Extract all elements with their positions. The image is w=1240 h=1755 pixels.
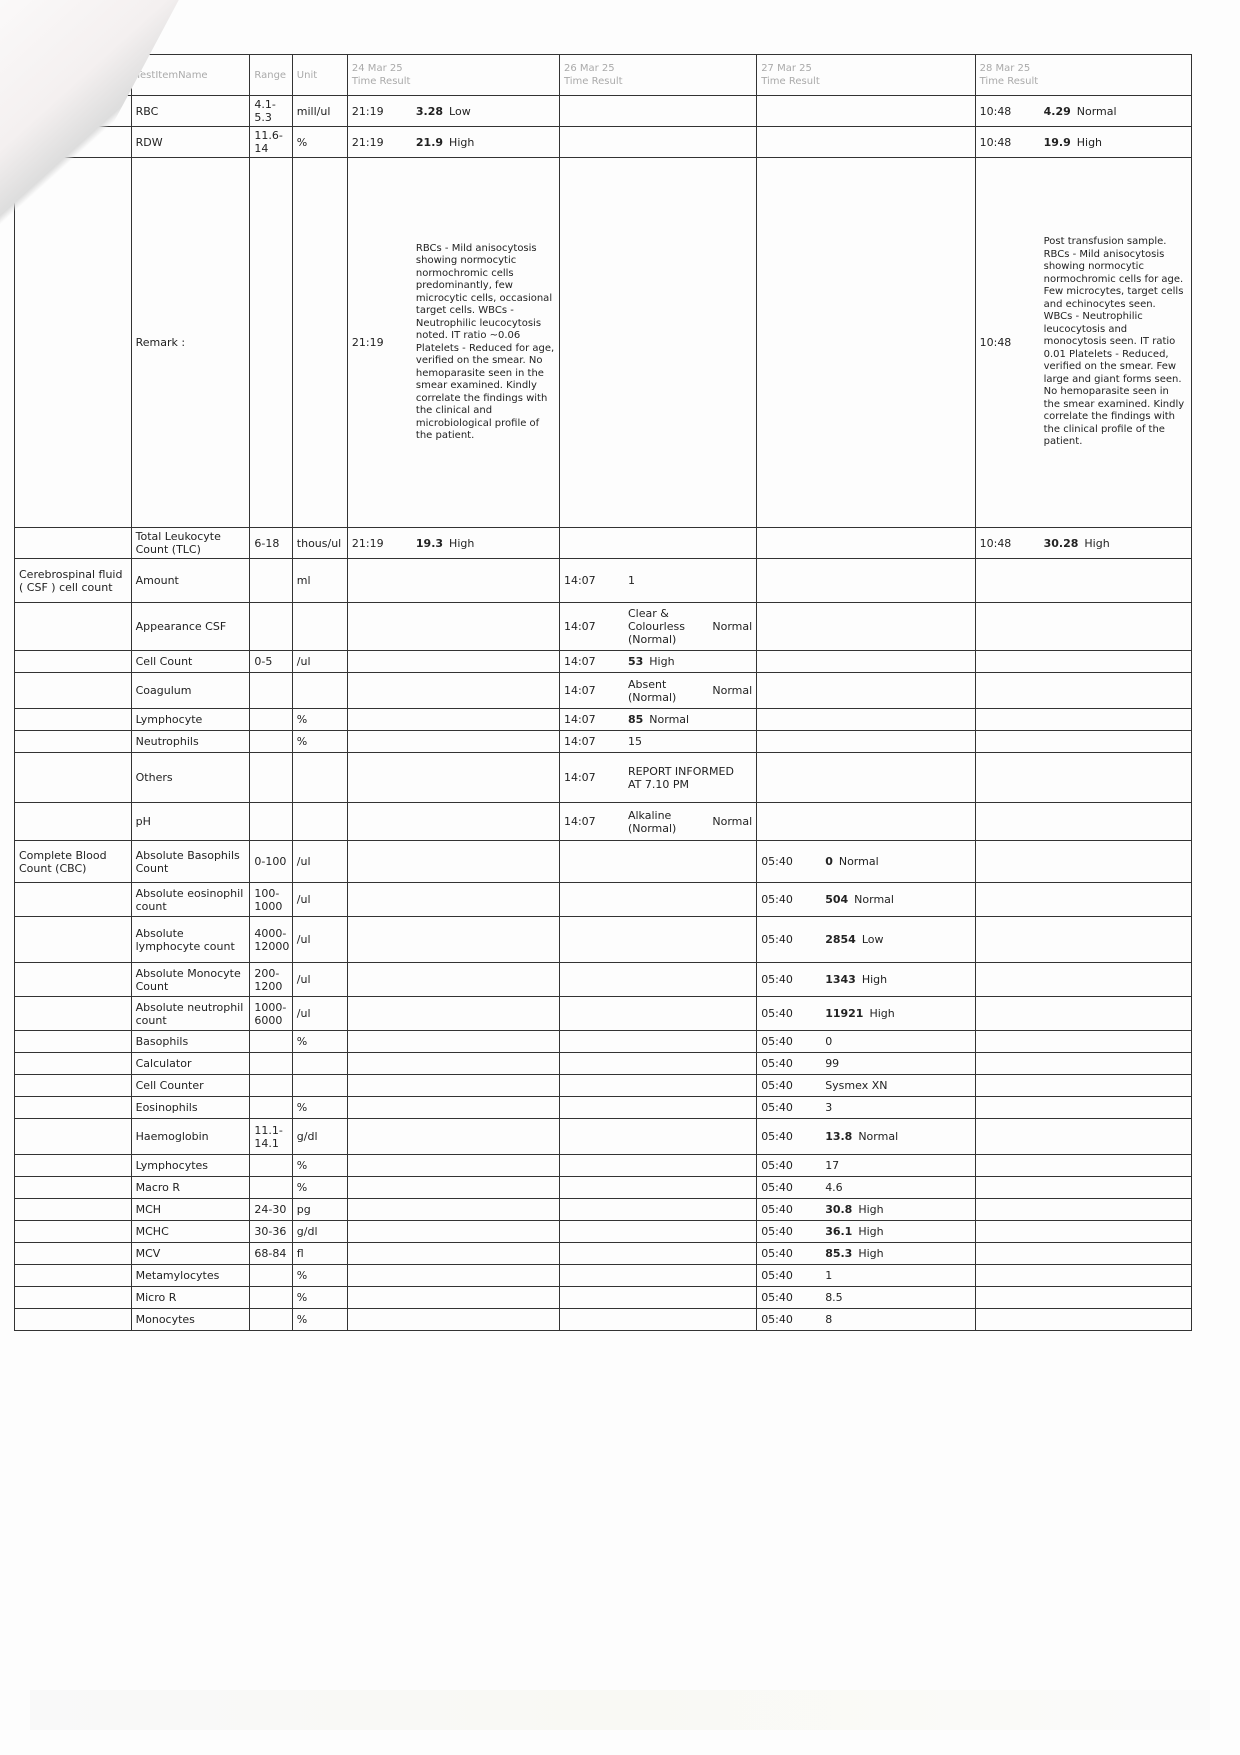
result-cell-date-4 [975, 883, 1191, 917]
reference-range [250, 1309, 292, 1331]
result-value: 21.9 [416, 136, 443, 149]
result-time: 10:48 [980, 105, 1044, 118]
result-cell-date-1 [347, 1243, 559, 1265]
result-entry: 05:4085.3High [761, 1247, 970, 1260]
result-entry: 05:408.5 [761, 1291, 970, 1304]
result-cell-date-3: 05:403 [757, 1097, 975, 1119]
unit: thous/ul [292, 528, 347, 559]
result-time: 05:40 [761, 1247, 825, 1260]
result-cell-date-2: 14:07REPORT INFORMED AT 7.10 PM [559, 753, 756, 803]
result-time: 05:40 [761, 893, 825, 906]
table-row: MCHC30-36g/dl05:4036.1High [15, 1221, 1192, 1243]
result-entry: 14:0753High [564, 655, 752, 668]
result-cell-date-1 [347, 1199, 559, 1221]
reference-range [250, 731, 292, 753]
result-cell-date-1: 21:193.28Low [347, 96, 559, 127]
result-cell-date-1 [347, 1287, 559, 1309]
result-value: Absent (Normal) [628, 678, 706, 704]
reference-range: 4000-12000 [250, 917, 292, 963]
result-cell-date-1 [347, 997, 559, 1031]
result-cell-date-3 [757, 651, 975, 673]
result-time: 05:40 [761, 1130, 825, 1143]
result-cell-date-4 [975, 709, 1191, 731]
result-cell-date-4 [975, 1031, 1191, 1053]
result-cell-date-1 [347, 1119, 559, 1155]
group-label [15, 1265, 132, 1287]
group-label [15, 1119, 132, 1155]
result-cell-date-4 [975, 753, 1191, 803]
result-value: 19.3 [416, 537, 443, 550]
reference-range: 6-18 [250, 528, 292, 559]
result-entry: 10:4830.28High [980, 537, 1187, 550]
unit: /ul [292, 651, 347, 673]
result-time: 05:40 [761, 1035, 825, 1048]
reference-range [250, 1265, 292, 1287]
result-entry: 05:404.6 [761, 1181, 970, 1194]
result-cell-date-4 [975, 841, 1191, 883]
result-cell-date-4 [975, 997, 1191, 1031]
reference-range: 24-30 [250, 1199, 292, 1221]
table-row: Absolute Monocyte Count200-1200/ul05:401… [15, 963, 1192, 997]
result-value: Alkaline (Normal) [628, 809, 706, 835]
result-time: 14:07 [564, 655, 628, 668]
unit [292, 673, 347, 709]
header-date-1-date: 24 Mar 25 [352, 62, 555, 75]
test-name: Amount [131, 559, 250, 603]
result-value: 30.8 [825, 1203, 852, 1216]
result-cell-date-2 [559, 96, 756, 127]
result-cell-date-1 [347, 883, 559, 917]
result-cell-date-2 [559, 1097, 756, 1119]
header-date-2-date: 26 Mar 25 [564, 62, 752, 75]
test-name: MCV [131, 1243, 250, 1265]
result-value: Clear & Colourless (Normal) [628, 607, 706, 646]
result-flag: Normal [649, 713, 689, 726]
group-label [15, 709, 132, 731]
result-cell-date-4: 10:4819.9High [975, 127, 1191, 158]
result-cell-date-3: 05:4099 [757, 1053, 975, 1075]
result-cell-date-4 [975, 1221, 1191, 1243]
result-value: 2854 [825, 933, 856, 946]
header-date-2: 26 Mar 25Time Result [559, 55, 756, 96]
result-cell-date-2: 14:0715 [559, 731, 756, 753]
result-cell-date-4 [975, 1075, 1191, 1097]
table-row: Monocytes%05:408 [15, 1309, 1192, 1331]
result-cell-date-2 [559, 1031, 756, 1053]
unit: g/dl [292, 1119, 347, 1155]
result-time: 10:48 [980, 136, 1044, 149]
header-test-item-name: TestItemName [131, 55, 250, 96]
reference-range [250, 1075, 292, 1097]
reference-range: 30-36 [250, 1221, 292, 1243]
table-body: RBC4.1-5.3mill/ul21:193.28Low10:484.29No… [15, 96, 1192, 1331]
unit [292, 803, 347, 841]
result-cell-date-3 [757, 559, 975, 603]
reference-range [250, 158, 292, 528]
result-cell-date-2 [559, 1075, 756, 1097]
test-name: Absolute neutrophil count [131, 997, 250, 1031]
unit: ml [292, 559, 347, 603]
result-value: 8.5 [825, 1291, 843, 1304]
unit [292, 158, 347, 528]
table-row: Absolute neutrophil count1000-6000/ul05:… [15, 997, 1192, 1031]
result-cell-date-4 [975, 803, 1191, 841]
result-cell-date-3: 05:4085.3High [757, 1243, 975, 1265]
result-entry: 21:1921.9High [352, 136, 555, 149]
result-cell-date-2 [559, 1243, 756, 1265]
result-cell-date-3: 05:40Sysmex XN [757, 1075, 975, 1097]
result-value: 504 [825, 893, 848, 906]
result-entry: 10:484.29Normal [980, 105, 1187, 118]
unit: /ul [292, 883, 347, 917]
table-row: Total Leukocyte Count (TLC)6-18thous/ul2… [15, 528, 1192, 559]
reference-range [250, 1097, 292, 1119]
group-label [15, 963, 132, 997]
scan-smudge [30, 1690, 1210, 1730]
result-cell-date-4 [975, 1199, 1191, 1221]
header-date-1-sub: Time Result [352, 76, 411, 87]
test-name: Absolute lymphocyte count [131, 917, 250, 963]
result-cell-date-3: 05:4036.1High [757, 1221, 975, 1243]
result-flag: Normal [712, 620, 752, 633]
header-date-3: 27 Mar 25Time Result [757, 55, 975, 96]
header-date-4-date: 28 Mar 25 [980, 62, 1187, 75]
result-time: 05:40 [761, 933, 825, 946]
result-flag: High [649, 655, 674, 668]
unit: % [292, 1265, 347, 1287]
reference-range [250, 753, 292, 803]
result-entry: 21:193.28Low [352, 105, 555, 118]
result-cell-date-1 [347, 1309, 559, 1331]
result-flag: Normal [858, 1130, 898, 1143]
result-cell-date-4 [975, 1155, 1191, 1177]
unit: % [292, 127, 347, 158]
result-flag: Low [449, 105, 471, 118]
result-value: 1 [825, 1269, 832, 1282]
result-time: 05:40 [761, 1313, 825, 1326]
header-date-3-sub: Time Result [761, 76, 820, 87]
result-entry: 05:4017 [761, 1159, 970, 1172]
test-name: Remark : [131, 158, 250, 528]
result-cell-date-4 [975, 1177, 1191, 1199]
result-cell-date-4: 10:48Post transfusion sample. RBCs - Mil… [975, 158, 1191, 528]
result-value: 36.1 [825, 1225, 852, 1238]
result-entry: 14:0715 [564, 735, 752, 748]
result-cell-date-4 [975, 559, 1191, 603]
result-cell-date-1: 21:1919.3High [347, 528, 559, 559]
reference-range: 200-1200 [250, 963, 292, 997]
group-label [15, 1287, 132, 1309]
group-label [15, 731, 132, 753]
result-cell-date-3: 05:400 [757, 1031, 975, 1053]
table-row: Metamylocytes%05:401 [15, 1265, 1192, 1287]
result-flag: High [1077, 136, 1102, 149]
result-cell-date-4 [975, 917, 1191, 963]
result-value: 13.8 [825, 1130, 852, 1143]
result-value: 19.9 [1044, 136, 1071, 149]
result-cell-date-3: 05:4030.8High [757, 1199, 975, 1221]
table-row: Lymphocytes%05:4017 [15, 1155, 1192, 1177]
test-name: Lymphocyte [131, 709, 250, 731]
result-entry: 14:071 [564, 574, 752, 587]
group-label [15, 1199, 132, 1221]
result-flag: Normal [712, 684, 752, 697]
group-label [15, 997, 132, 1031]
result-cell-date-3: 05:402854Low [757, 917, 975, 963]
result-cell-date-2 [559, 127, 756, 158]
table-row: RDW11.6-14%21:1921.9High10:4819.9High [15, 127, 1192, 158]
group-label [15, 1221, 132, 1243]
table-row: Coagulum14:07Absent (Normal)Normal [15, 673, 1192, 709]
group-label [15, 803, 132, 841]
reference-range [250, 1031, 292, 1053]
result-cell-date-1 [347, 1031, 559, 1053]
lab-results-table: TestItemName Range Unit 24 Mar 25Time Re… [14, 54, 1192, 1331]
test-name: Others [131, 753, 250, 803]
result-cell-date-2: 14:07Clear & Colourless (Normal)Normal [559, 603, 756, 651]
table-row: Complete Blood Count (CBC)Absolute Basop… [15, 841, 1192, 883]
group-label [15, 528, 132, 559]
result-cell-date-1 [347, 1221, 559, 1243]
reference-range: 0-100 [250, 841, 292, 883]
result-cell-date-4 [975, 603, 1191, 651]
result-time: 14:07 [564, 620, 628, 633]
unit: fl [292, 1243, 347, 1265]
result-value: 8 [825, 1313, 832, 1326]
group-label [15, 127, 132, 158]
result-entry: 05:400 [761, 1035, 970, 1048]
unit [292, 753, 347, 803]
result-flag: High [869, 1007, 894, 1020]
remark-text: Post transfusion sample. RBCs - Mild ani… [1044, 236, 1187, 449]
test-name: Cell Count [131, 651, 250, 673]
test-name: pH [131, 803, 250, 841]
unit: /ul [292, 997, 347, 1031]
unit: % [292, 709, 347, 731]
result-cell-date-2 [559, 997, 756, 1031]
table-row: pH14:07Alkaline (Normal)Normal [15, 803, 1192, 841]
result-value: 1343 [825, 973, 856, 986]
result-entry: 21:19RBCs - Mild anisocytosis showing no… [352, 243, 555, 443]
result-entry: 10:4819.9High [980, 136, 1187, 149]
unit: % [292, 1309, 347, 1331]
reference-range [250, 559, 292, 603]
table-row: Absolute lymphocyte count4000-12000/ul05… [15, 917, 1192, 963]
result-value: 0 [825, 855, 833, 868]
test-name: Haemoglobin [131, 1119, 250, 1155]
group-label [15, 603, 132, 651]
result-cell-date-1 [347, 559, 559, 603]
group-label [15, 1031, 132, 1053]
result-cell-date-1 [347, 963, 559, 997]
reference-range: 11.1-14.1 [250, 1119, 292, 1155]
unit: % [292, 1287, 347, 1309]
reference-range [250, 603, 292, 651]
result-entry: 05:401 [761, 1269, 970, 1282]
reference-range [250, 673, 292, 709]
result-entry: 21:1919.3High [352, 537, 555, 550]
result-cell-date-2: 14:071 [559, 559, 756, 603]
table-row: Basophils%05:400 [15, 1031, 1192, 1053]
result-cell-date-3 [757, 731, 975, 753]
table-row: MCH24-30pg05:4030.8High [15, 1199, 1192, 1221]
result-cell-date-4: 10:4830.28High [975, 528, 1191, 559]
result-flag: Normal [1077, 105, 1117, 118]
result-cell-date-3: 05:4017 [757, 1155, 975, 1177]
result-flag: High [858, 1247, 883, 1260]
result-entry: 05:408 [761, 1313, 970, 1326]
group-label [15, 673, 132, 709]
test-name: Micro R [131, 1287, 250, 1309]
result-cell-date-3 [757, 709, 975, 731]
unit [292, 603, 347, 651]
result-time: 14:07 [564, 713, 628, 726]
table-row: Haemoglobin11.1-14.1g/dl05:4013.8Normal [15, 1119, 1192, 1155]
header-date-4: 28 Mar 25Time Result [975, 55, 1191, 96]
remark-text: RBCs - Mild anisocytosis showing normocy… [416, 243, 555, 443]
result-entry: 05:4099 [761, 1057, 970, 1070]
result-cell-date-2 [559, 528, 756, 559]
result-time: 05:40 [761, 1057, 825, 1070]
result-cell-date-3 [757, 96, 975, 127]
result-cell-date-2 [559, 917, 756, 963]
result-value: 4.6 [825, 1181, 843, 1194]
result-time: 10:48 [980, 336, 1044, 349]
header-date-4-sub: Time Result [980, 76, 1039, 87]
group-label [15, 883, 132, 917]
reference-range: 0-5 [250, 651, 292, 673]
group-label [15, 158, 132, 528]
result-value: 30.28 [1044, 537, 1079, 550]
result-flag: Low [862, 933, 884, 946]
result-entry: 14:07Alkaline (Normal)Normal [564, 809, 752, 835]
result-cell-date-4 [975, 1119, 1191, 1155]
result-flag: High [858, 1203, 883, 1216]
test-name: Metamylocytes [131, 1265, 250, 1287]
result-cell-date-3: 05:4013.8Normal [757, 1119, 975, 1155]
test-name: Neutrophils [131, 731, 250, 753]
result-cell-date-3: 05:4011921High [757, 997, 975, 1031]
result-time: 05:40 [761, 1225, 825, 1238]
result-cell-date-4 [975, 1243, 1191, 1265]
result-value: 85 [628, 713, 643, 726]
result-cell-date-2 [559, 158, 756, 528]
unit: g/dl [292, 1221, 347, 1243]
result-cell-date-1 [347, 1155, 559, 1177]
result-cell-date-2 [559, 1287, 756, 1309]
table-row: Neutrophils%14:0715 [15, 731, 1192, 753]
result-cell-date-4 [975, 1053, 1191, 1075]
group-label [15, 1075, 132, 1097]
table-row: Absolute eosinophil count100-1000/ul05:4… [15, 883, 1192, 917]
result-cell-date-2 [559, 1199, 756, 1221]
result-flag: High [862, 973, 887, 986]
result-time: 14:07 [564, 815, 628, 828]
result-cell-date-3 [757, 158, 975, 528]
result-time: 21:19 [352, 336, 416, 349]
result-time: 05:40 [761, 855, 825, 868]
table-row: RBC4.1-5.3mill/ul21:193.28Low10:484.29No… [15, 96, 1192, 127]
header-unit: Unit [292, 55, 347, 96]
unit: /ul [292, 963, 347, 997]
result-cell-date-3 [757, 528, 975, 559]
group-label [15, 917, 132, 963]
result-value: 17 [825, 1159, 839, 1172]
result-value: 4.29 [1044, 105, 1071, 118]
test-name: Basophils [131, 1031, 250, 1053]
result-cell-date-3: 05:408 [757, 1309, 975, 1331]
result-entry: 10:48Post transfusion sample. RBCs - Mil… [980, 236, 1187, 449]
result-entry: 05:402854Low [761, 933, 970, 946]
result-cell-date-1 [347, 1177, 559, 1199]
header-group [15, 55, 132, 96]
result-cell-date-3 [757, 603, 975, 651]
result-flag: High [1084, 537, 1109, 550]
result-time: 21:19 [352, 136, 416, 149]
result-cell-date-4: 10:484.29Normal [975, 96, 1191, 127]
reference-range [250, 1155, 292, 1177]
result-time: 05:40 [761, 1159, 825, 1172]
result-flag: Normal [839, 855, 879, 868]
group-label [15, 96, 132, 127]
result-cell-date-4 [975, 1287, 1191, 1309]
result-cell-date-2: 14:07Absent (Normal)Normal [559, 673, 756, 709]
result-time: 14:07 [564, 735, 628, 748]
unit: % [292, 1155, 347, 1177]
result-time: 14:07 [564, 684, 628, 697]
result-cell-date-4 [975, 1309, 1191, 1331]
reference-range [250, 1053, 292, 1075]
group-label: Cerebrospinal fluid ( CSF ) cell count [15, 559, 132, 603]
result-cell-date-4 [975, 1097, 1191, 1119]
unit: pg [292, 1199, 347, 1221]
test-name: Coagulum [131, 673, 250, 709]
result-cell-date-2 [559, 1155, 756, 1177]
result-cell-date-2: 14:07Alkaline (Normal)Normal [559, 803, 756, 841]
scanned-lab-report-page: TestItemName Range Unit 24 Mar 25Time Re… [0, 0, 1240, 1755]
unit [292, 1075, 347, 1097]
result-time: 05:40 [761, 1079, 825, 1092]
reference-range [250, 1287, 292, 1309]
result-cell-date-4 [975, 963, 1191, 997]
test-name: Monocytes [131, 1309, 250, 1331]
result-value: 11921 [825, 1007, 863, 1020]
result-cell-date-3 [757, 803, 975, 841]
table-row: Micro R%05:408.5 [15, 1287, 1192, 1309]
group-label [15, 1097, 132, 1119]
test-name: Appearance CSF [131, 603, 250, 651]
test-name: Absolute Monocyte Count [131, 963, 250, 997]
result-cell-date-2: 14:0753High [559, 651, 756, 673]
result-cell-date-1 [347, 1053, 559, 1075]
result-cell-date-1 [347, 603, 559, 651]
result-value: 85.3 [825, 1247, 852, 1260]
result-cell-date-1 [347, 1097, 559, 1119]
result-value: 0 [825, 1035, 832, 1048]
result-entry: 14:07REPORT INFORMED AT 7.10 PM [564, 765, 752, 791]
test-name: Total Leukocyte Count (TLC) [131, 528, 250, 559]
result-entry: 14:07Absent (Normal)Normal [564, 678, 752, 704]
result-cell-date-2 [559, 963, 756, 997]
unit: % [292, 1177, 347, 1199]
result-cell-date-1 [347, 753, 559, 803]
group-label [15, 1177, 132, 1199]
table-row: Cell Count0-5/ul14:0753High [15, 651, 1192, 673]
reference-range: 4.1-5.3 [250, 96, 292, 127]
table-row: Macro R%05:404.6 [15, 1177, 1192, 1199]
result-value: 99 [825, 1057, 839, 1070]
result-time: 21:19 [352, 105, 416, 118]
